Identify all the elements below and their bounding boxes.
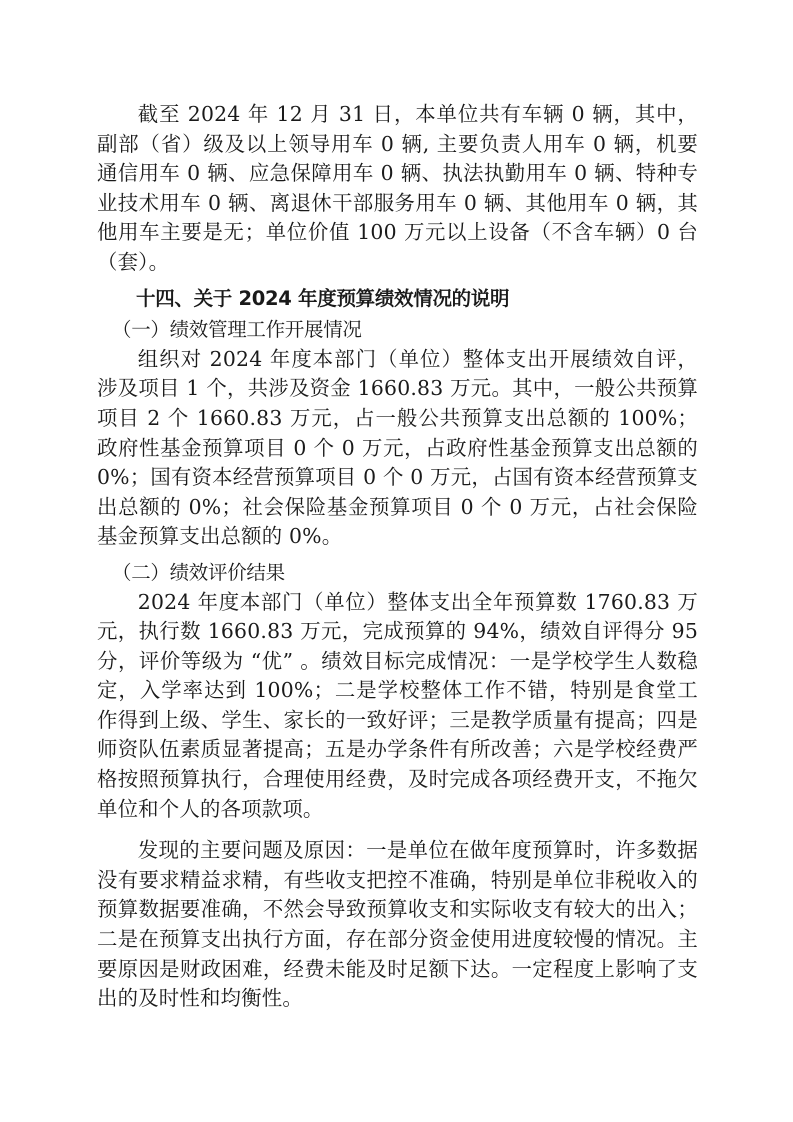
section-heading-budget-performance: 十四、关于 2024 年度预算绩效情况的说明: [97, 284, 698, 314]
paragraph-problems: 发现的主要问题及原因：一是单位在做年度预算时，许多数据没有要求精益求精，有些收支…: [97, 836, 698, 1014]
subsection-heading-evaluation-results: （二）绩效评价结果: [97, 558, 698, 588]
paragraph-vehicles: 截至 2024 年 12 月 31 日，本单位共有车辆 0 辆，其中，副部（省）…: [97, 100, 698, 278]
subsection-heading-performance-management: （一）绩效管理工作开展情况: [97, 315, 698, 345]
paragraph-performance-management: 组织对 2024 年度本部门（单位）整体支出开展绩效自评，涉及项目 1 个，共涉…: [97, 345, 698, 552]
paragraph-evaluation-results: 2024 年度本部门（单位）整体支出全年预算数 1760.83 万元，执行数 1…: [97, 588, 698, 825]
document-page: 截至 2024 年 12 月 31 日，本单位共有车辆 0 辆，其中，副部（省）…: [97, 100, 698, 1014]
